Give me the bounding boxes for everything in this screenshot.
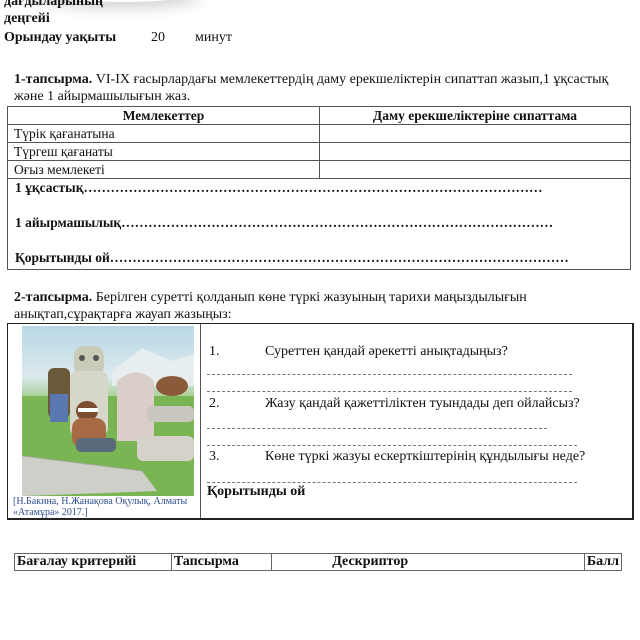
difference-line[interactable]: 1 айырмашылық………………………………………………………………………… xyxy=(15,215,580,231)
criteria-header-score: Балл xyxy=(584,554,621,571)
criteria-table: Бағалау критерийі Тапсырма Дескриптор Ба… xyxy=(14,553,622,571)
task2-conclusion[interactable]: Қорытынды ой xyxy=(207,484,305,500)
col-header-description: Даму ерекшеліктеріне сипаттама xyxy=(320,107,631,125)
answer-line[interactable] xyxy=(207,445,577,446)
question-text: Жазу қандай қажеттіліктен туындады деп о… xyxy=(265,396,580,411)
answer-line[interactable] xyxy=(207,428,547,429)
criteria-header-task: Тапсырма xyxy=(171,554,271,571)
question-text: Суреттен қандай әрекетті анықтадыңыз? xyxy=(265,344,508,359)
question-1: 1.Суреттен қандай әрекетті анықтадыңыз? xyxy=(209,344,508,360)
answer-line[interactable] xyxy=(207,374,572,375)
question-3: 3.Көне түркі жазуы ескерткіштерінің құнд… xyxy=(209,449,585,465)
summary-box: 1 ұқсастық………………………………………………………………………………… xyxy=(7,176,631,270)
header-line2: деңгейі xyxy=(4,11,50,27)
image-cell: [Н.Бакина, Н.Жанақова Оқулық, Алматы «Ат… xyxy=(8,324,201,518)
task2-instructions: 2-тапсырма. Берілген суретті қолданып кө… xyxy=(14,289,624,323)
illustration-svg xyxy=(22,326,194,496)
states-table: Мемлекеттер Даму ерекшеліктеріне сипатта… xyxy=(7,106,631,179)
question-2: 2.Жазу қандай қажеттіліктен туындады деп… xyxy=(209,396,580,412)
time-unit: минут xyxy=(195,30,232,46)
state-description-cell[interactable] xyxy=(320,143,631,161)
criteria-header-criterion: Бағалау критерийі xyxy=(15,554,172,571)
question-text: Көне түркі жазуы ескерткіштерінің құндыл… xyxy=(265,449,585,464)
col-header-states: Мемлекеттер xyxy=(8,107,320,125)
state-name: Түргеш қағанаты xyxy=(8,143,320,161)
answer-line[interactable] xyxy=(207,482,577,483)
task1-text: VI-IX ғасырлардағы мемлекеттердің даму е… xyxy=(14,72,608,104)
question-number: 2. xyxy=(209,396,265,412)
task2-box: [Н.Бакина, Н.Жанақова Оқулық, Алматы «Ат… xyxy=(7,323,634,520)
conclusion-line[interactable]: Қорытынды ой…………………………………………………………………………… xyxy=(15,250,580,266)
question-number: 3. xyxy=(209,449,265,465)
table-row: Түрік қағанатына xyxy=(8,125,631,143)
time-label: Орындау уақыты xyxy=(4,30,116,46)
task1-instructions: 1-тапсырма. VI-IX ғасырлардағы мемлекетт… xyxy=(14,71,624,105)
time-value: 20 xyxy=(151,30,165,46)
header-line1: дағдыларының xyxy=(4,0,103,10)
criteria-header-descriptor: Дескриптор xyxy=(272,554,585,571)
answer-line[interactable] xyxy=(207,391,572,392)
task1-label: 1-тапсырма. xyxy=(14,72,92,87)
state-description-cell[interactable] xyxy=(320,125,631,143)
table-row: Түргеш қағанаты xyxy=(8,143,631,161)
question-number: 1. xyxy=(209,344,265,360)
questions-area: 1.Суреттен қандай әрекетті анықтадыңыз? … xyxy=(201,324,631,518)
illustration-image xyxy=(22,326,194,496)
similarity-line[interactable]: 1 ұқсастық………………………………………………………………………………… xyxy=(15,180,580,196)
image-caption: [Н.Бакина, Н.Жанақова Оқулық, Алматы «Ат… xyxy=(13,496,203,518)
state-name: Түрік қағанатына xyxy=(8,125,320,143)
task2-label: 2-тапсырма. xyxy=(14,290,92,305)
